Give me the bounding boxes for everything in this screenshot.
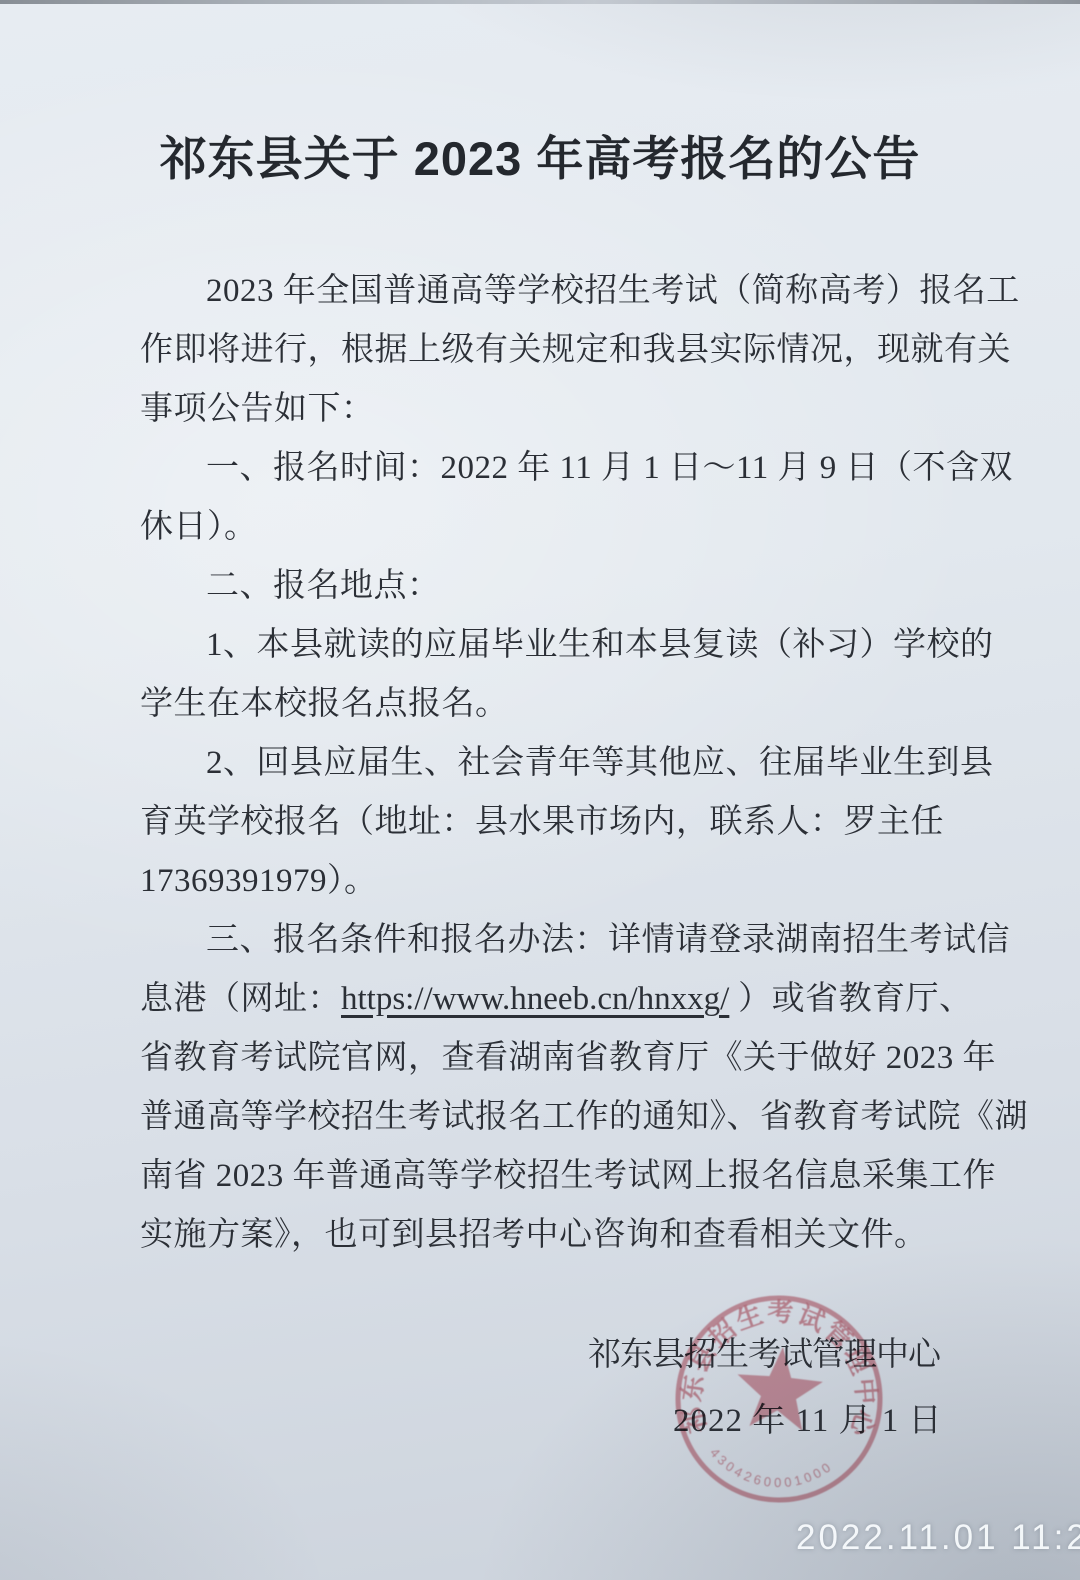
document-line: 休日）。: [140, 498, 946, 557]
document-line: 二、报名地点：: [140, 557, 946, 616]
document-line: 事项公告如下：: [140, 380, 946, 439]
registration-website-url: https://www.hneeb.cn/hnxxg/: [341, 981, 729, 1017]
document-line: 实施方案》，也可到县招考中心咨询和查看相关文件。: [140, 1206, 946, 1265]
document-line: 育英学校报名（地址：县水果市场内，联系人：罗主任: [140, 793, 946, 852]
camera-timestamp: 2022.11.01 11:27: [796, 1518, 1080, 1558]
document-line: 作即将进行，根据上级有关规定和我县实际情况，现就有关: [140, 321, 946, 380]
document-title: 祁东县关于 2023 年高考报名的公告: [0, 122, 1080, 189]
document-line: 三、报名条件和报名办法：详情请登录湖南招生考试信: [140, 911, 946, 970]
document-photo: 祁东县关于 2023 年高考报名的公告 2023 年全国普通高等学校招生考试（简…: [0, 0, 1080, 1580]
official-seal: 祁东县招生考试管理中心 4304260001000: [659, 1279, 899, 1519]
document-line: 一、报名时间：2022 年 11 月 1 日～11 月 9 日（不含双: [140, 439, 946, 498]
star-icon: [733, 1343, 825, 1432]
url-line-prefix: 息港（网址：: [140, 981, 341, 1017]
document-line: 省教育考试院官网，查看湖南省教育厅《关于做好 2023 年: [140, 1029, 946, 1088]
document-line: 1、本县就读的应届毕业生和本县复读（补习）学校的: [140, 616, 946, 675]
document-body: 2023 年全国普通高等学校招生考试（简称高考）报名工 作即将进行，根据上级有关…: [140, 262, 946, 1265]
document-line: 2、回县应届生、社会青年等其他应、往届毕业生到县: [140, 734, 946, 793]
document-line: 学生在本校报名点报名。: [140, 675, 946, 734]
document-line-with-url: 息港（网址：https://www.hneeb.cn/hnxxg/ ）或省教育厅…: [140, 970, 946, 1029]
document-line: 普通高等学校招生考试报名工作的通知》、省教育考试院《湖: [140, 1088, 946, 1147]
photo-top-edge: [0, 0, 1080, 4]
document-line: 2023 年全国普通高等学校招生考试（简称高考）报名工: [140, 262, 946, 321]
url-line-suffix: ）或省教育厅、: [729, 981, 972, 1017]
document-line: 南省 2023 年普通高等学校招生考试网上报名信息采集工作: [140, 1147, 946, 1206]
document-line: 17369391979）。: [140, 852, 946, 911]
